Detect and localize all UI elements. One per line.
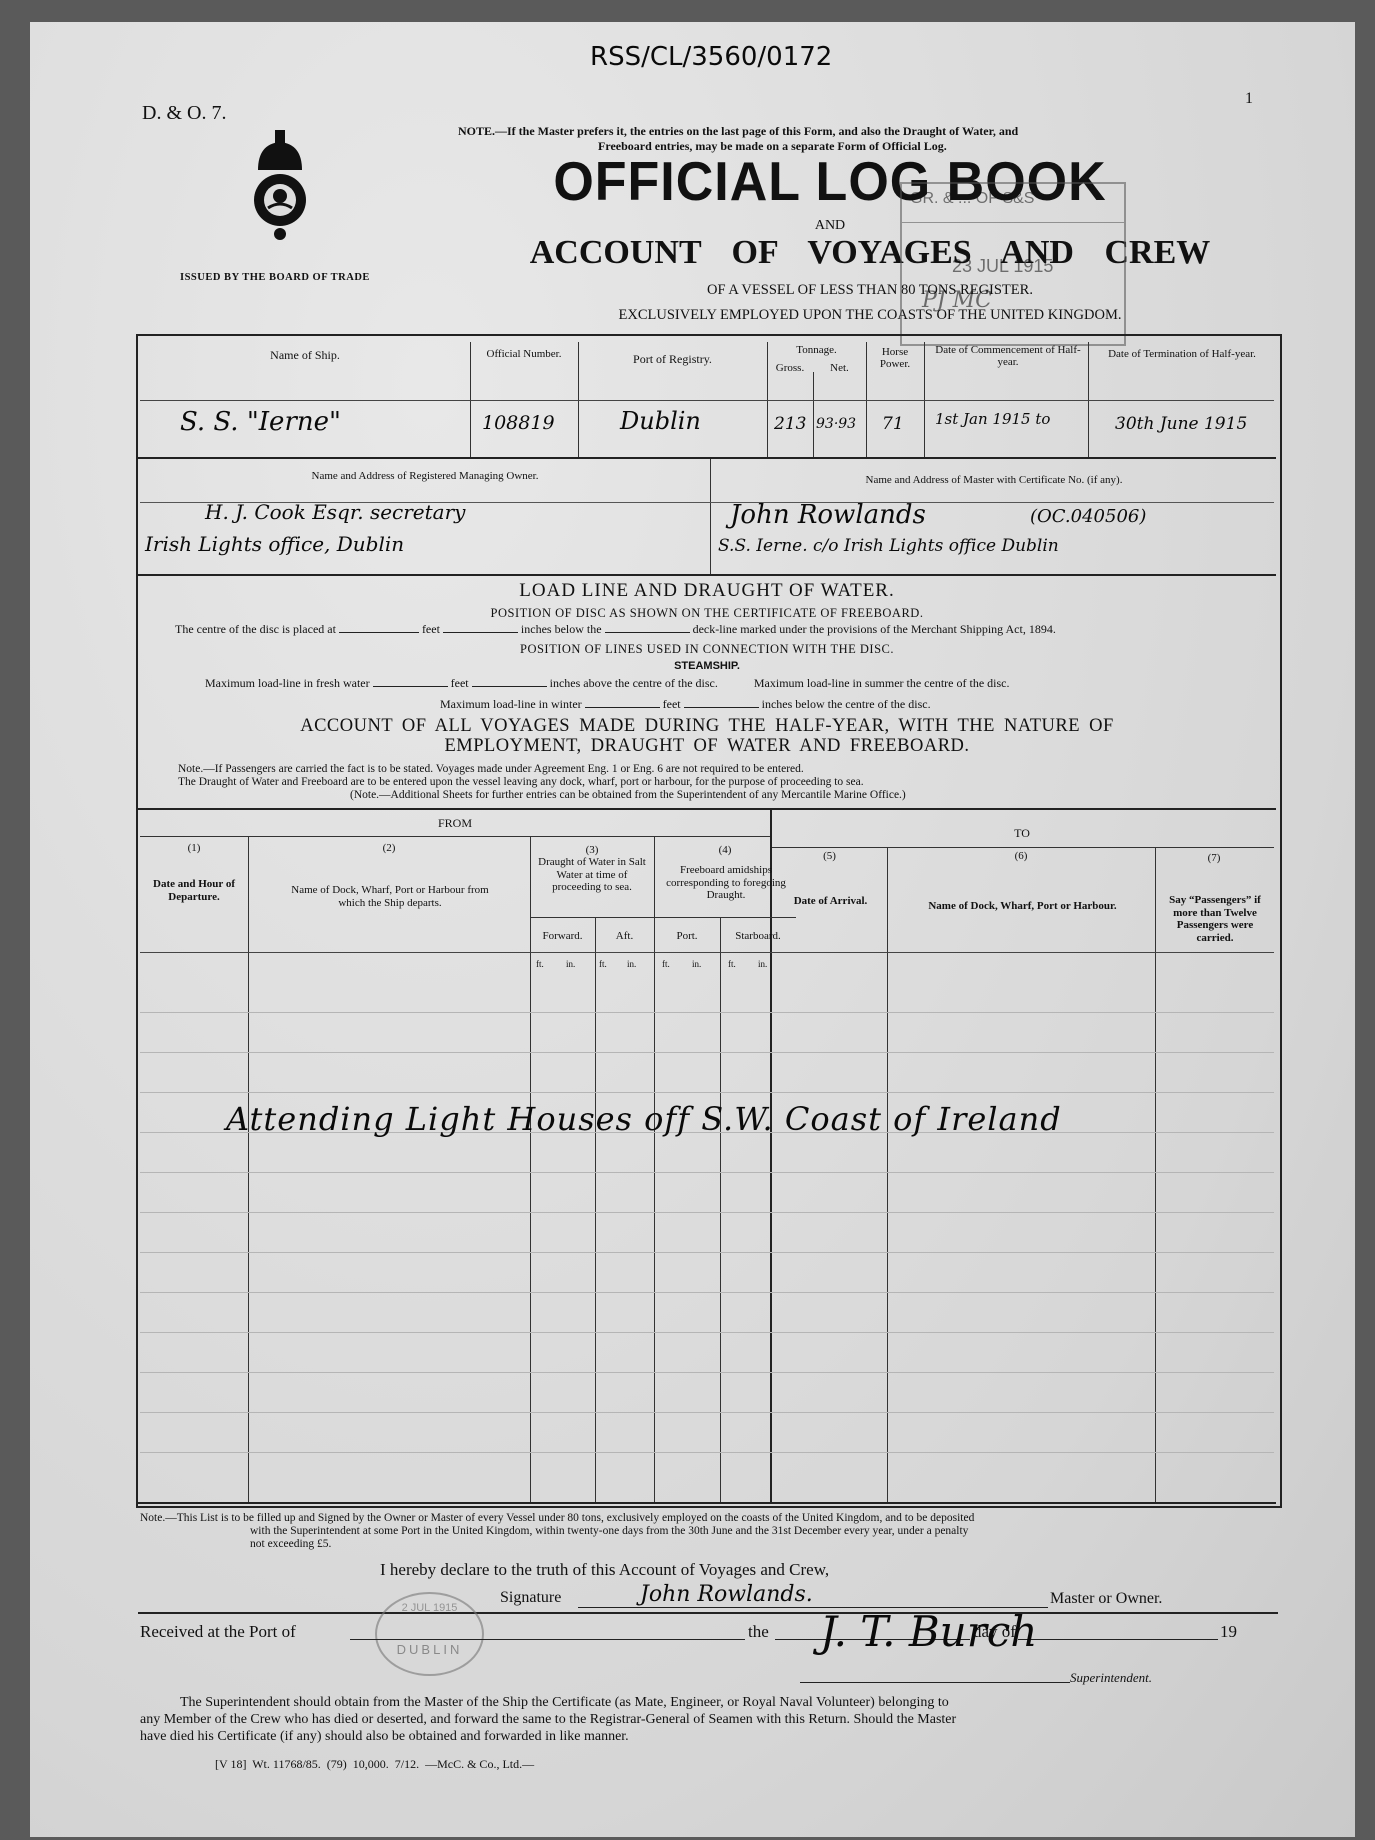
printer-imprint: [V 18] Wt. 11768/85. (79) 10,000. 7/12. … [215, 1757, 534, 1772]
master-line-2: S.S. Ierne. c/o Irish Lights office Dubl… [718, 536, 1059, 556]
col-1-label: Date and Hour of Departure. [144, 878, 244, 904]
superintendent-signature-line[interactable] [800, 1682, 1070, 1683]
col-5-label: Date of Arrival. [778, 895, 883, 908]
header-tonnage: Tonnage. [767, 344, 866, 356]
col-4-port: Port. [654, 930, 720, 942]
col-5-number: (5) [772, 850, 887, 862]
account-note-2: The Draught of Water and Freeboard are t… [178, 776, 864, 788]
received-port-label: Received at the Port of [140, 1622, 296, 1642]
disc-feet-field[interactable] [339, 632, 419, 633]
fresh-inches-field[interactable] [472, 686, 547, 687]
fresh-feet-field[interactable] [373, 686, 448, 687]
header-net: Net. [813, 362, 866, 374]
lines-heading: POSITION OF LINES USED IN CONNECTION WIT… [140, 642, 1274, 657]
received-the-label: the [748, 1622, 769, 1642]
official-number-value: 108819 [482, 412, 555, 434]
master-certificate: (OC.040506) [1030, 506, 1146, 527]
disc-position-row: The centre of the disc is placed at feet… [175, 622, 1056, 637]
header-horse-power: Horse Power. [866, 346, 924, 370]
master-name: John Rowlands [730, 500, 926, 530]
commencement-value: 1st Jan 1915 to [935, 410, 1050, 428]
log-book-page: RSS/CL/3560/0172 D. & O. 7. 1 ISSUED BY … [30, 22, 1355, 1837]
col-4-starboard: Starboard. [720, 930, 796, 942]
crest-label: ISSUED BY THE BOARD OF TRADE [180, 272, 370, 283]
load-line-heading: LOAD LINE AND DRAUGHT OF WATER. [140, 580, 1274, 602]
fresh-water-row: Maximum load-line in fresh water feet in… [205, 676, 1009, 691]
deck-line-field[interactable] [605, 632, 690, 633]
document-subtitle-2: OF A VESSEL OF LESS THAN 80 TONS REGISTE… [455, 282, 1285, 299]
col-2-number: (2) [248, 842, 530, 854]
col-3-number: (3) [530, 844, 654, 856]
voyage-entry: Attending Light Houses off S.W. Coast of… [226, 1100, 1062, 1138]
top-note-line-1: NOTE.—If the Master prefers it, the entr… [458, 124, 1298, 139]
winter-inches-field[interactable] [684, 707, 759, 708]
col-6-label: Name of Dock, Wharf, Port or Harbour. [910, 900, 1135, 913]
superintendent-instructions: The Superintendent should obtain from th… [140, 1694, 1270, 1745]
disc-inches-field[interactable] [443, 632, 518, 633]
footer-note: Note.—This List is to be filled up and S… [140, 1512, 1270, 1551]
col-3-label: Draught of Water in Salt Water at time o… [532, 856, 652, 894]
header-name-of-ship: Name of Ship. [140, 348, 470, 363]
col-1-number: (1) [140, 842, 248, 854]
port-of-registry-value: Dublin [620, 407, 701, 435]
superintendent-label: Superintendent. [1070, 1670, 1152, 1686]
signature-label: Signature [500, 1589, 561, 1607]
signature-role: Master or Owner. [1050, 1590, 1162, 1608]
superintendent-signature: J. T. Burch [820, 1607, 1037, 1656]
received-port-field[interactable] [350, 1639, 745, 1640]
account-heading-2: EMPLOYMENT, DRAUGHT OF WATER AND FREEBOA… [140, 736, 1274, 757]
document-subtitle: ACCOUNT OF VOYAGES AND CREW [455, 234, 1285, 272]
col-3-aft: Aft. [595, 930, 654, 942]
net-tonnage-value: 93·93 [816, 416, 856, 432]
received-stamp: GR. & ... OF S&S 23 JUL 1915 PJ MC [900, 182, 1126, 346]
termination-value: 30th June 1915 [1115, 414, 1247, 434]
account-note-3: (Note.—Additional Sheets for further ent… [350, 789, 906, 801]
top-note: NOTE.—If the Master prefers it, the entr… [458, 124, 1298, 154]
from-heading: FROM [140, 816, 770, 831]
account-heading-1: ACCOUNT OF ALL VOYAGES MADE DURING THE H… [140, 716, 1274, 737]
col-7-number: (7) [1155, 852, 1273, 864]
account-note-1: Note.—If Passengers are carried the fact… [178, 763, 804, 775]
archive-reference: RSS/CL/3560/0172 [590, 42, 832, 72]
owner-line-1: H. J. Cook Esqr. secretary [205, 500, 465, 524]
winter-feet-field[interactable] [585, 707, 660, 708]
owner-label: Name and Address of Registered Managing … [140, 470, 710, 482]
received-year-prefix: 19 [1220, 1622, 1237, 1642]
col-2-label: Name of Dock, Wharf, Port or Harbour fro… [285, 884, 495, 910]
declaration-text: I hereby declare to the truth of this Ac… [380, 1560, 829, 1580]
document-subtitle-3: EXCLUSIVELY EMPLOYED UPON THE COASTS OF … [455, 307, 1285, 324]
master-label: Name and Address of Master with Certific… [714, 474, 1274, 486]
col-4-label: Freeboard amidships corresponding to for… [656, 864, 796, 902]
gross-tonnage-value: 213 [774, 414, 806, 434]
received-month-field[interactable] [1018, 1639, 1218, 1640]
owner-line-2: Irish Lights office, Dublin [145, 532, 404, 556]
header-official-number: Official Number. [470, 348, 578, 360]
dublin-postmark: 2 JUL 1915 DUBLIN [375, 1592, 484, 1676]
ship-name-value: S. S. "Ierne" [180, 407, 341, 437]
page-number: 1 [1245, 90, 1253, 108]
horse-power-value: 71 [882, 414, 904, 434]
header-termination: Date of Termination of Half-year. [1092, 348, 1272, 360]
header-gross: Gross. [767, 362, 813, 374]
form-code: D. & O. 7. [142, 102, 226, 125]
col-3-forward: Forward. [530, 930, 595, 942]
disc-heading: POSITION OF DISC AS SHOWN ON THE CERTIFI… [140, 606, 1274, 621]
units-row: ft.in. ft.in. ft.in. ft.in. [536, 959, 796, 969]
steamship-label: STEAMSHIP. [140, 660, 1274, 672]
header-commencement: Date of Commencement of Half-year. [928, 344, 1088, 368]
header-port-of-registry: Port of Registry. [578, 352, 767, 367]
to-heading: TO [772, 826, 1272, 841]
winter-row: Maximum load-line in winter feet inches … [440, 697, 931, 712]
col-7-label: Say “Passengers” if more than Twelve Pas… [1158, 894, 1272, 944]
master-signature: John Rowlands. [640, 1582, 813, 1607]
col-6-number: (6) [887, 850, 1155, 862]
board-of-trade-crest-icon [252, 130, 308, 250]
